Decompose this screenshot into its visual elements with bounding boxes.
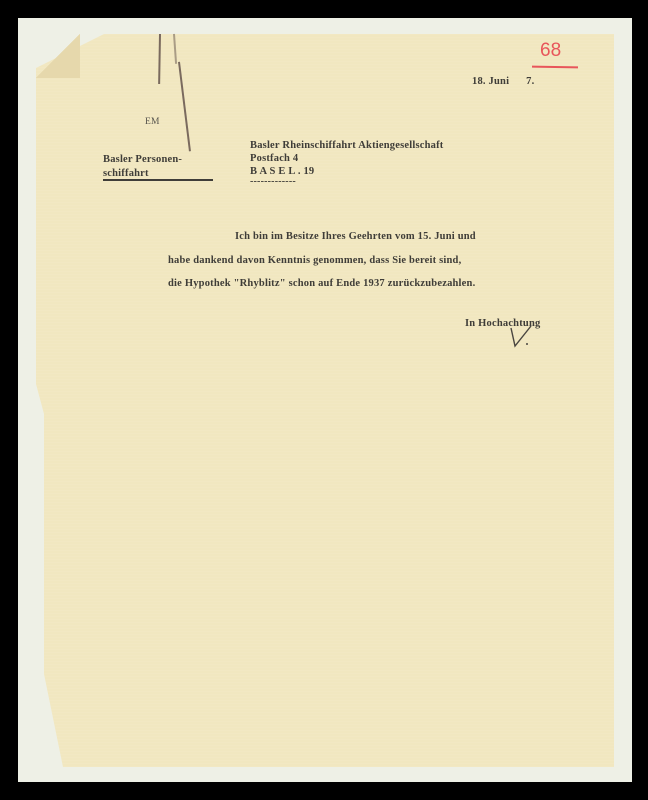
body-line-3: die Hypothek "Rhyblitz" schon auf Ende 1… — [168, 278, 475, 289]
sender-underline — [103, 179, 213, 181]
body-line-2: habe dankend davon Kenntnis genommen, da… — [168, 255, 461, 266]
sender-line-1: Basler Personen- — [103, 154, 182, 165]
letter-date: 18. Juni 7. — [472, 76, 534, 87]
body-line-1: Ich bin im Besitze Ihres Geehrten vom 15… — [235, 231, 476, 242]
signature-mark — [505, 322, 545, 362]
folded-corner — [36, 34, 80, 78]
recipient-line-4: ------------- — [250, 176, 296, 187]
recipient-line-1: Basler Rheinschiffahrt Aktiengesellschaf… — [250, 140, 444, 151]
initials: EM — [145, 117, 160, 127]
sender-line-2: schiffahrt — [103, 168, 149, 179]
recipient-line-2: Postfach 4 — [250, 153, 298, 164]
page-number: 68 — [540, 40, 561, 62]
